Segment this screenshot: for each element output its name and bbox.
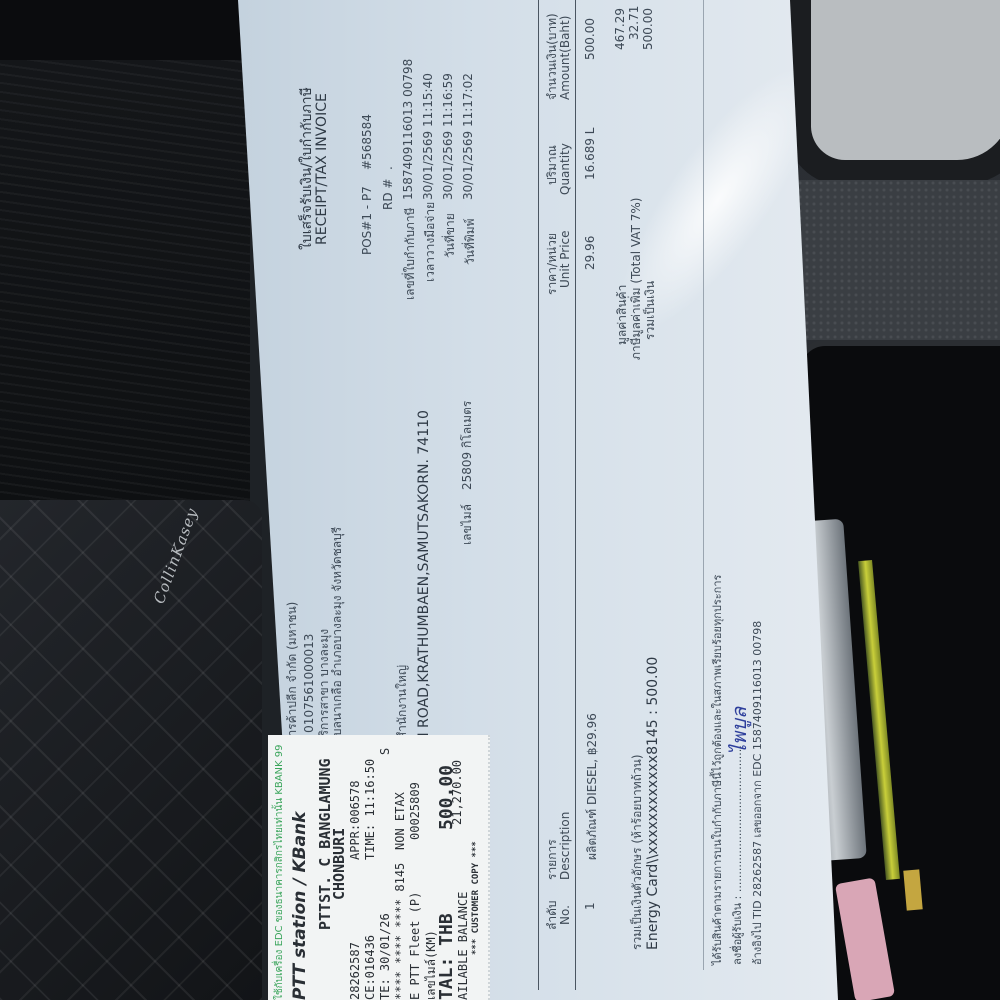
- slip-balance-label: AILABLE BALANCE: [456, 892, 470, 1000]
- slip-tid: 28262587: [348, 942, 362, 1000]
- slip-content: ใช้กับเครื่อง EDC ของธนาคารกสิกรไทยเท่าน…: [268, 735, 488, 1000]
- slip-card-flag: S: [378, 748, 392, 755]
- row-description: ผลิตภัณฑ์ DIESEL, ฿29.96: [583, 713, 602, 860]
- slip-brand: PTT station / KBank: [290, 812, 310, 1000]
- footer-ack: ได้รับสินค้าตามรายการบนใบกำกับภาษีนี้ไว้…: [708, 575, 726, 965]
- dashboard-texture: [790, 180, 1000, 340]
- payment-line: Energy Card\\xxxxxxxxxxxx8145 : 500.00: [645, 657, 661, 950]
- meta-pos-value: #568584: [360, 114, 374, 170]
- footer-ref: อ้างอิงไป TID 28262587 เลขออกจาก EDC 158…: [748, 621, 766, 965]
- th-no-en: No.: [558, 905, 572, 925]
- meta-taxno-label: เลขที่ใบกำกับภาษี: [401, 208, 420, 301]
- pencil-ferrule: [903, 869, 922, 910]
- meta-saledate-label: วันที่ขาย: [441, 213, 460, 258]
- th-qty-en: Quantity: [558, 143, 572, 195]
- slip-card-type: E PTT Fleet (P): [408, 892, 422, 1000]
- footer-sign: ลงชื่อผู้รับเงิน : .....................…: [728, 745, 746, 965]
- meta-pos-label: POS#1 - P7: [360, 186, 374, 255]
- row-amount: 500.00: [583, 18, 597, 60]
- mileage-value: 25809 กิโลเมตร: [458, 401, 477, 490]
- slip-balance-value: 21,270.00: [450, 760, 464, 825]
- seat-shadow: [0, 0, 250, 60]
- woven-leather-wallet: [0, 500, 262, 1000]
- slip-city: CHONBURI: [330, 828, 348, 900]
- slip-appr: APPR:006578: [348, 781, 362, 860]
- slip-total-label: TAL: THB: [436, 913, 457, 1000]
- row-unit-price: 29.96: [583, 236, 597, 270]
- slip-mileage-value: 00025809: [408, 782, 422, 840]
- slip-time: TIME: 11:16:50: [363, 759, 377, 860]
- slip-customer-copy: *** CUSTOMER COPY ***: [471, 841, 481, 955]
- door-handle: [785, 0, 1000, 186]
- dark-fabric-seat: [0, 0, 250, 520]
- meta-time-value: 30/01/2569 11:15:40: [421, 73, 435, 200]
- meta-rd-value: .: [381, 166, 395, 170]
- total-grand-value: 500.00: [641, 8, 655, 50]
- row-no: 1: [583, 902, 597, 910]
- slip-etax: NON ETAX: [393, 792, 407, 850]
- handwritten-signature: ไพบูล: [723, 707, 755, 755]
- table-top-rule: [538, 0, 539, 990]
- meta-taxno-value: 1587409116013 00798: [401, 59, 415, 200]
- kbank-card-slip: ใช้กับเครื่อง EDC ของธนาคารกสิกรไทยเท่าน…: [268, 735, 490, 1000]
- th-desc-en: Description: [558, 812, 572, 880]
- total-grand-label: รวมเป็นเงิน: [641, 281, 660, 340]
- th-price-en: Unit Price: [558, 230, 572, 288]
- row-quantity: 16.689 L: [583, 128, 597, 181]
- slip-date: TE: 30/01/26: [378, 913, 392, 1000]
- slip-trace: CE:016436: [363, 935, 377, 1000]
- meta-rd-label: RD #: [381, 179, 395, 210]
- total-vat-value: 32.71: [627, 6, 641, 40]
- total-subtotal-value: 467.29: [613, 8, 627, 50]
- meta-time-label: เวลาวางมือจ่าย: [421, 202, 440, 282]
- receipt-header-en: RECEIPT/TAX INVOICE: [314, 93, 330, 245]
- table-header-rule: [575, 0, 576, 990]
- slip-card-number: **** **** **** 8145: [393, 863, 407, 1000]
- customer-address: ...AMJAI ROAD,KRATHUMBAEN,SAMUTSAKORN. 7…: [416, 410, 432, 785]
- meta-printdate-value: 30/01/2569 11:17:02: [461, 73, 475, 200]
- th-amount-en: Amount(Baht): [558, 16, 572, 100]
- mileage-label: เลขไมล์: [458, 504, 477, 545]
- footer-rule: [703, 0, 704, 970]
- meta-printdate-label: วันที่พิมพ์: [461, 218, 480, 265]
- slip-banner: ใช้กับเครื่อง EDC ของธนาคารกสิกรไทยเท่าน…: [272, 745, 287, 1000]
- meta-saledate-value: 30/01/2569 11:16:59: [441, 73, 455, 200]
